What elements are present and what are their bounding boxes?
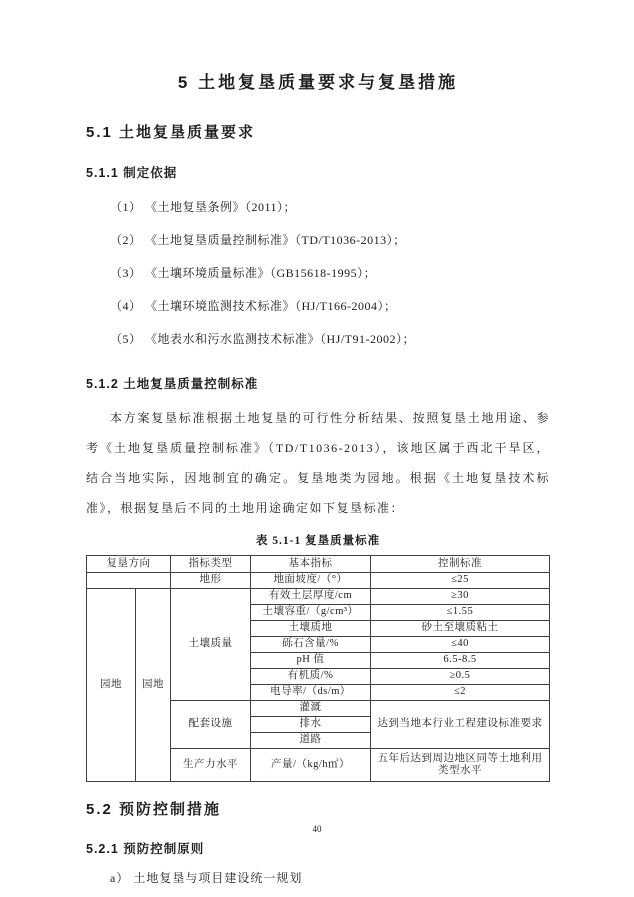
table-header-row: 复垦方向 指标类型 基本指标 控制标准 [87, 556, 550, 573]
principle-item-a: a） 土地复垦与项目建设统一规划 [86, 869, 550, 887]
productivity-standard-cell: 五年后达到周边地区同等土地利用类型水平 [371, 749, 550, 782]
heading-5-2: 5.2 预防控制措施 [86, 799, 550, 821]
soil-indicator-cell: 有机质/% [251, 669, 371, 685]
soil-indicator-cell: 砾石含量/% [251, 637, 371, 653]
reference-item-1: （1） 《土地复垦条例》（2011）； [86, 190, 550, 223]
soil-indicator-cell: 土壤质地 [251, 621, 371, 637]
reference-list: （1） 《土地复垦条例》（2011）； （2） 《土地复垦质量控制标准》（TD/… [86, 190, 550, 355]
heading-5-1-1: 5.1.1 制定依据 [86, 164, 550, 182]
soil-indicator-cell: 电导率/（ds/m） [251, 685, 371, 701]
table-caption: 表 5.1-1 复垦质量标准 [86, 532, 550, 548]
soil-standard-cell: 砂土至壤质粘土 [371, 621, 550, 637]
soil-indicator-cell: 有效土层厚度/cm [251, 589, 371, 605]
header-indicator-type: 指标类型 [171, 556, 251, 573]
heading-5-1-2: 5.1.2 土地复垦质量控制标准 [86, 375, 550, 393]
body-paragraph: 本方案复垦标准根据土地复垦的可行性分析结果、按照复垦土地用途、参考《土地复垦质量… [86, 403, 550, 523]
heading-5-2-1: 5.2.1 预防控制原则 [86, 840, 550, 858]
soil-standard-cell: ≤2 [371, 685, 550, 701]
header-control-standard: 控制标准 [371, 556, 550, 573]
facilities-type-cell: 配套设施 [171, 701, 251, 749]
reference-item-5: （5） 《地表水和污水监测技术标准》（HJ/T91-2002）； [86, 322, 550, 355]
soil-indicator-cell: 土壤容重/（g/cm³） [251, 605, 371, 621]
terrain-indicator-cell: 地面坡度/（°） [251, 573, 371, 589]
soil-standard-cell: ≤1.55 [371, 605, 550, 621]
table-row-terrain: 地形 地面坡度/（°） ≤25 [87, 573, 550, 589]
soil-standard-cell: ≥0.5 [371, 669, 550, 685]
header-direction: 复垦方向 [87, 556, 171, 573]
table-row-soil-1: 园地 园地 土壤质量 有效土层厚度/cm ≥30 [87, 589, 550, 605]
productivity-indicator-cell: 产量/（kg/h㎡） [251, 749, 371, 782]
soil-standard-cell: ≤40 [371, 637, 550, 653]
chapter-title: 5 土地复垦质量要求与复垦措施 [86, 70, 550, 96]
document-page: 5 土地复垦质量要求与复垦措施 5.1 土地复垦质量要求 5.1.1 制定依据 … [0, 0, 634, 897]
heading-5-1: 5.1 土地复垦质量要求 [86, 122, 550, 144]
terrain-type-cell: 地形 [171, 573, 251, 589]
facility-indicator-cell: 排水 [251, 717, 371, 733]
soil-standard-cell: 6.5-8.5 [371, 653, 550, 669]
empty-direction-cell [87, 573, 171, 589]
direction-cell-1: 园地 [87, 589, 136, 782]
facility-indicator-cell: 灌溉 [251, 701, 371, 717]
page-number: 40 [0, 824, 634, 834]
reclamation-quality-standards-table: 复垦方向 指标类型 基本指标 控制标准 地形 地面坡度/（°） ≤25 园地 园… [86, 555, 550, 782]
reference-item-4: （4） 《土壤环境监测技术标准》（HJ/T166-2004）； [86, 289, 550, 322]
soil-standard-cell: ≥30 [371, 589, 550, 605]
soil-indicator-cell: pH 值 [251, 653, 371, 669]
terrain-standard-cell: ≤25 [371, 573, 550, 589]
reference-item-2: （2） 《土地复垦质量控制标准》（TD/T1036-2013）； [86, 223, 550, 256]
direction-cell-2: 园地 [136, 589, 171, 782]
productivity-type-cell: 生产力水平 [171, 749, 251, 782]
soil-quality-type-cell: 土壤质量 [171, 589, 251, 701]
reference-item-3: （3） 《土壤环境质量标准》（GB15618-1995）； [86, 256, 550, 289]
facilities-standard-cell: 达到当地本行业工程建设标准要求 [371, 701, 550, 749]
header-basic-indicator: 基本指标 [251, 556, 371, 573]
facility-indicator-cell: 道路 [251, 733, 371, 749]
